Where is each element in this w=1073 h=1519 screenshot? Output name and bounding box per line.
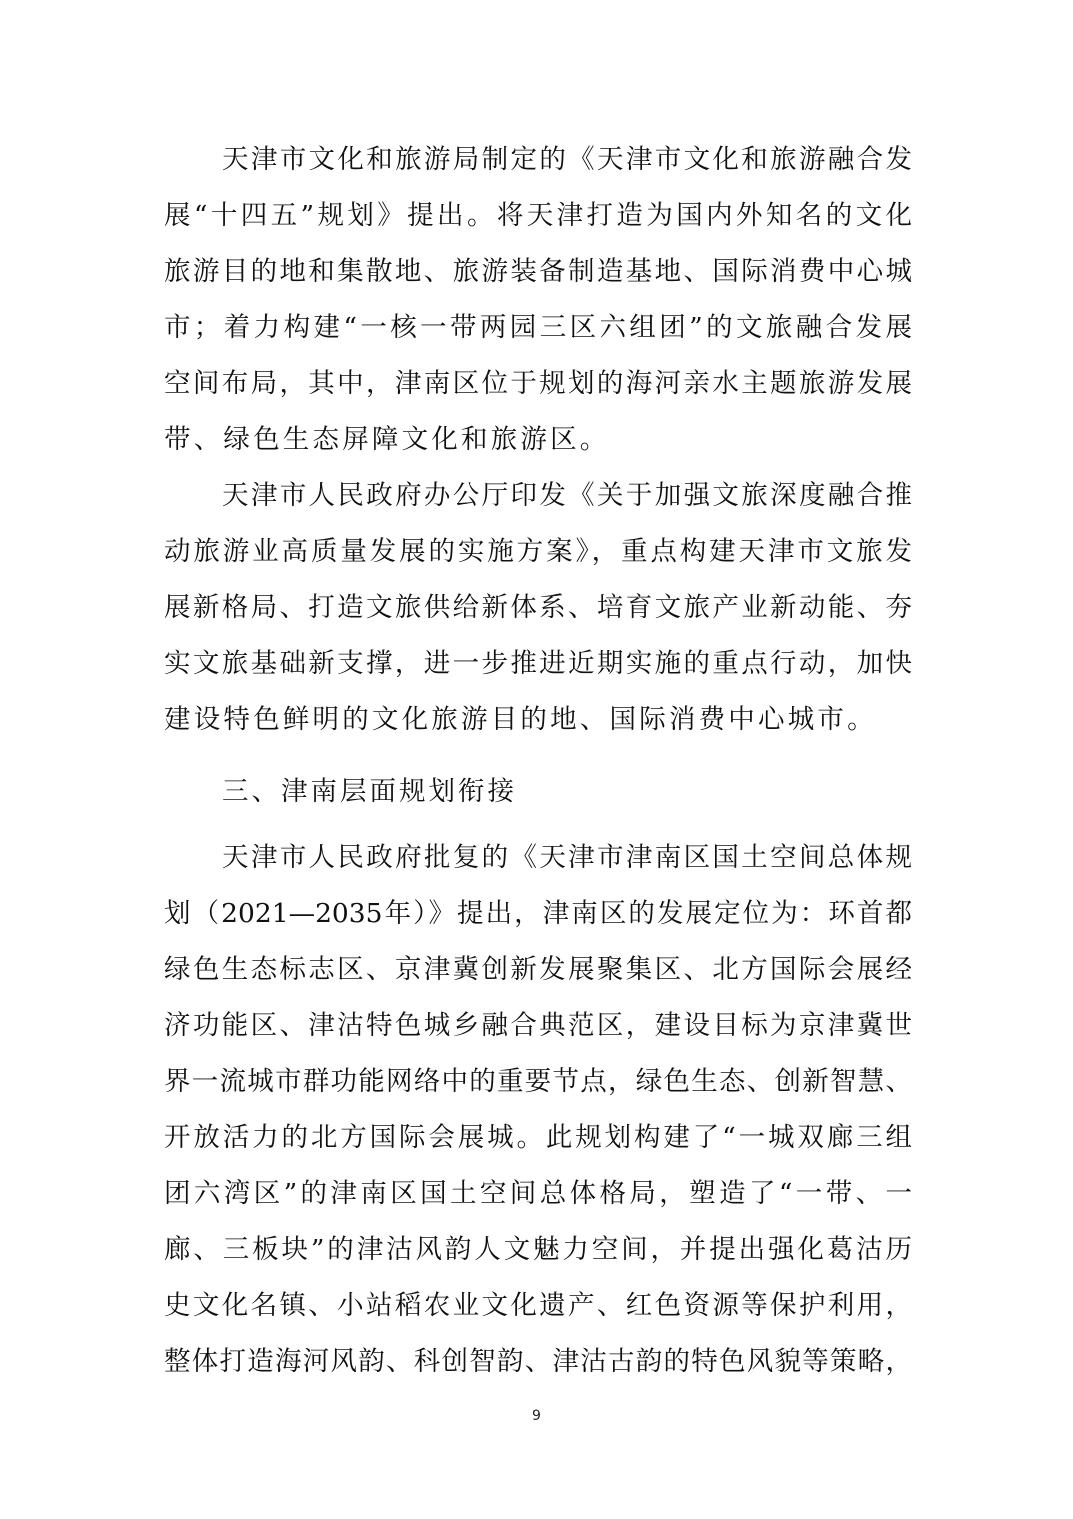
paragraph-1-line-1: 天津市文化和旅游局制定的《天津市文化和旅游融合发	[222, 140, 912, 180]
paragraph-2-line-1: 天津市人民政府办公厅印发《关于加强文旅深度融合推	[222, 476, 912, 516]
paragraph-3-line-3: 绿色生态标志区、京津冀创新发展聚集区、北方国际会展经	[164, 950, 912, 990]
paragraph-3-line-10: 整体打造海河风韵、科创智韵、津沽古韵的特色风貌等策略，	[164, 1342, 912, 1382]
paragraph-3-line-5: 界一流城市群功能网络中的重要节点，绿色生态、创新智慧、	[164, 1062, 912, 1102]
paragraph-3-line-6: 开放活力的北方国际会展城。此规划构建了“一城双廊三组	[164, 1118, 912, 1158]
paragraph-2-line-4: 实文旅基础新支撑，进一步推进近期实施的重点行动，加快	[164, 644, 912, 684]
paragraph-3-line-8: 廊、三板块”的津沽风韵人文魅力空间，并提出强化葛沽历	[164, 1230, 912, 1270]
paragraph-2-line-5: 建设特色鲜明的文化旅游目的地、国际消费中心城市。	[164, 700, 912, 740]
paragraph-3-line-2: 划（2021—2035年）》提出，津南区的发展定位为：环首都	[164, 894, 912, 934]
page-number: 9	[0, 1408, 1073, 1424]
paragraph-1-line-3: 旅游目的地和集散地、旅游装备制造基地、国际消费中心城	[164, 252, 912, 292]
paragraph-2-line-3: 展新格局、打造文旅供给新体系、培育文旅产业新动能、夯	[164, 588, 912, 628]
section-heading: 三、津南层面规划衔接	[222, 772, 517, 812]
paragraph-3-line-9: 史文化名镇、小站稻农业文化遗产、红色资源等保护利用，	[164, 1286, 912, 1326]
paragraph-2-line-2: 动旅游业高质量发展的实施方案》，重点构建天津市文旅发	[164, 532, 912, 572]
paragraph-1-line-6: 带、绿色生态屏障文化和旅游区。	[164, 420, 912, 460]
paragraph-3-line-7: 团六湾区”的津南区国土空间总体格局，塑造了“一带、一	[164, 1174, 912, 1214]
paragraph-3-line-1: 天津市人民政府批复的《天津市津南区国土空间总体规	[222, 838, 912, 878]
paragraph-1-line-2: 展“十四五”规划》提出。将天津打造为国内外知名的文化	[164, 196, 912, 236]
document-page: 天津市文化和旅游局制定的《天津市文化和旅游融合发 展“十四五”规划》提出。将天津…	[0, 0, 1073, 1519]
paragraph-3-line-4: 济功能区、津沽特色城乡融合典范区，建设目标为京津冀世	[164, 1006, 912, 1046]
paragraph-1-line-5: 空间布局，其中，津南区位于规划的海河亲水主题旅游发展	[164, 364, 912, 404]
paragraph-1-line-4: 市；着力构建“一核一带两园三区六组团”的文旅融合发展	[164, 308, 912, 348]
